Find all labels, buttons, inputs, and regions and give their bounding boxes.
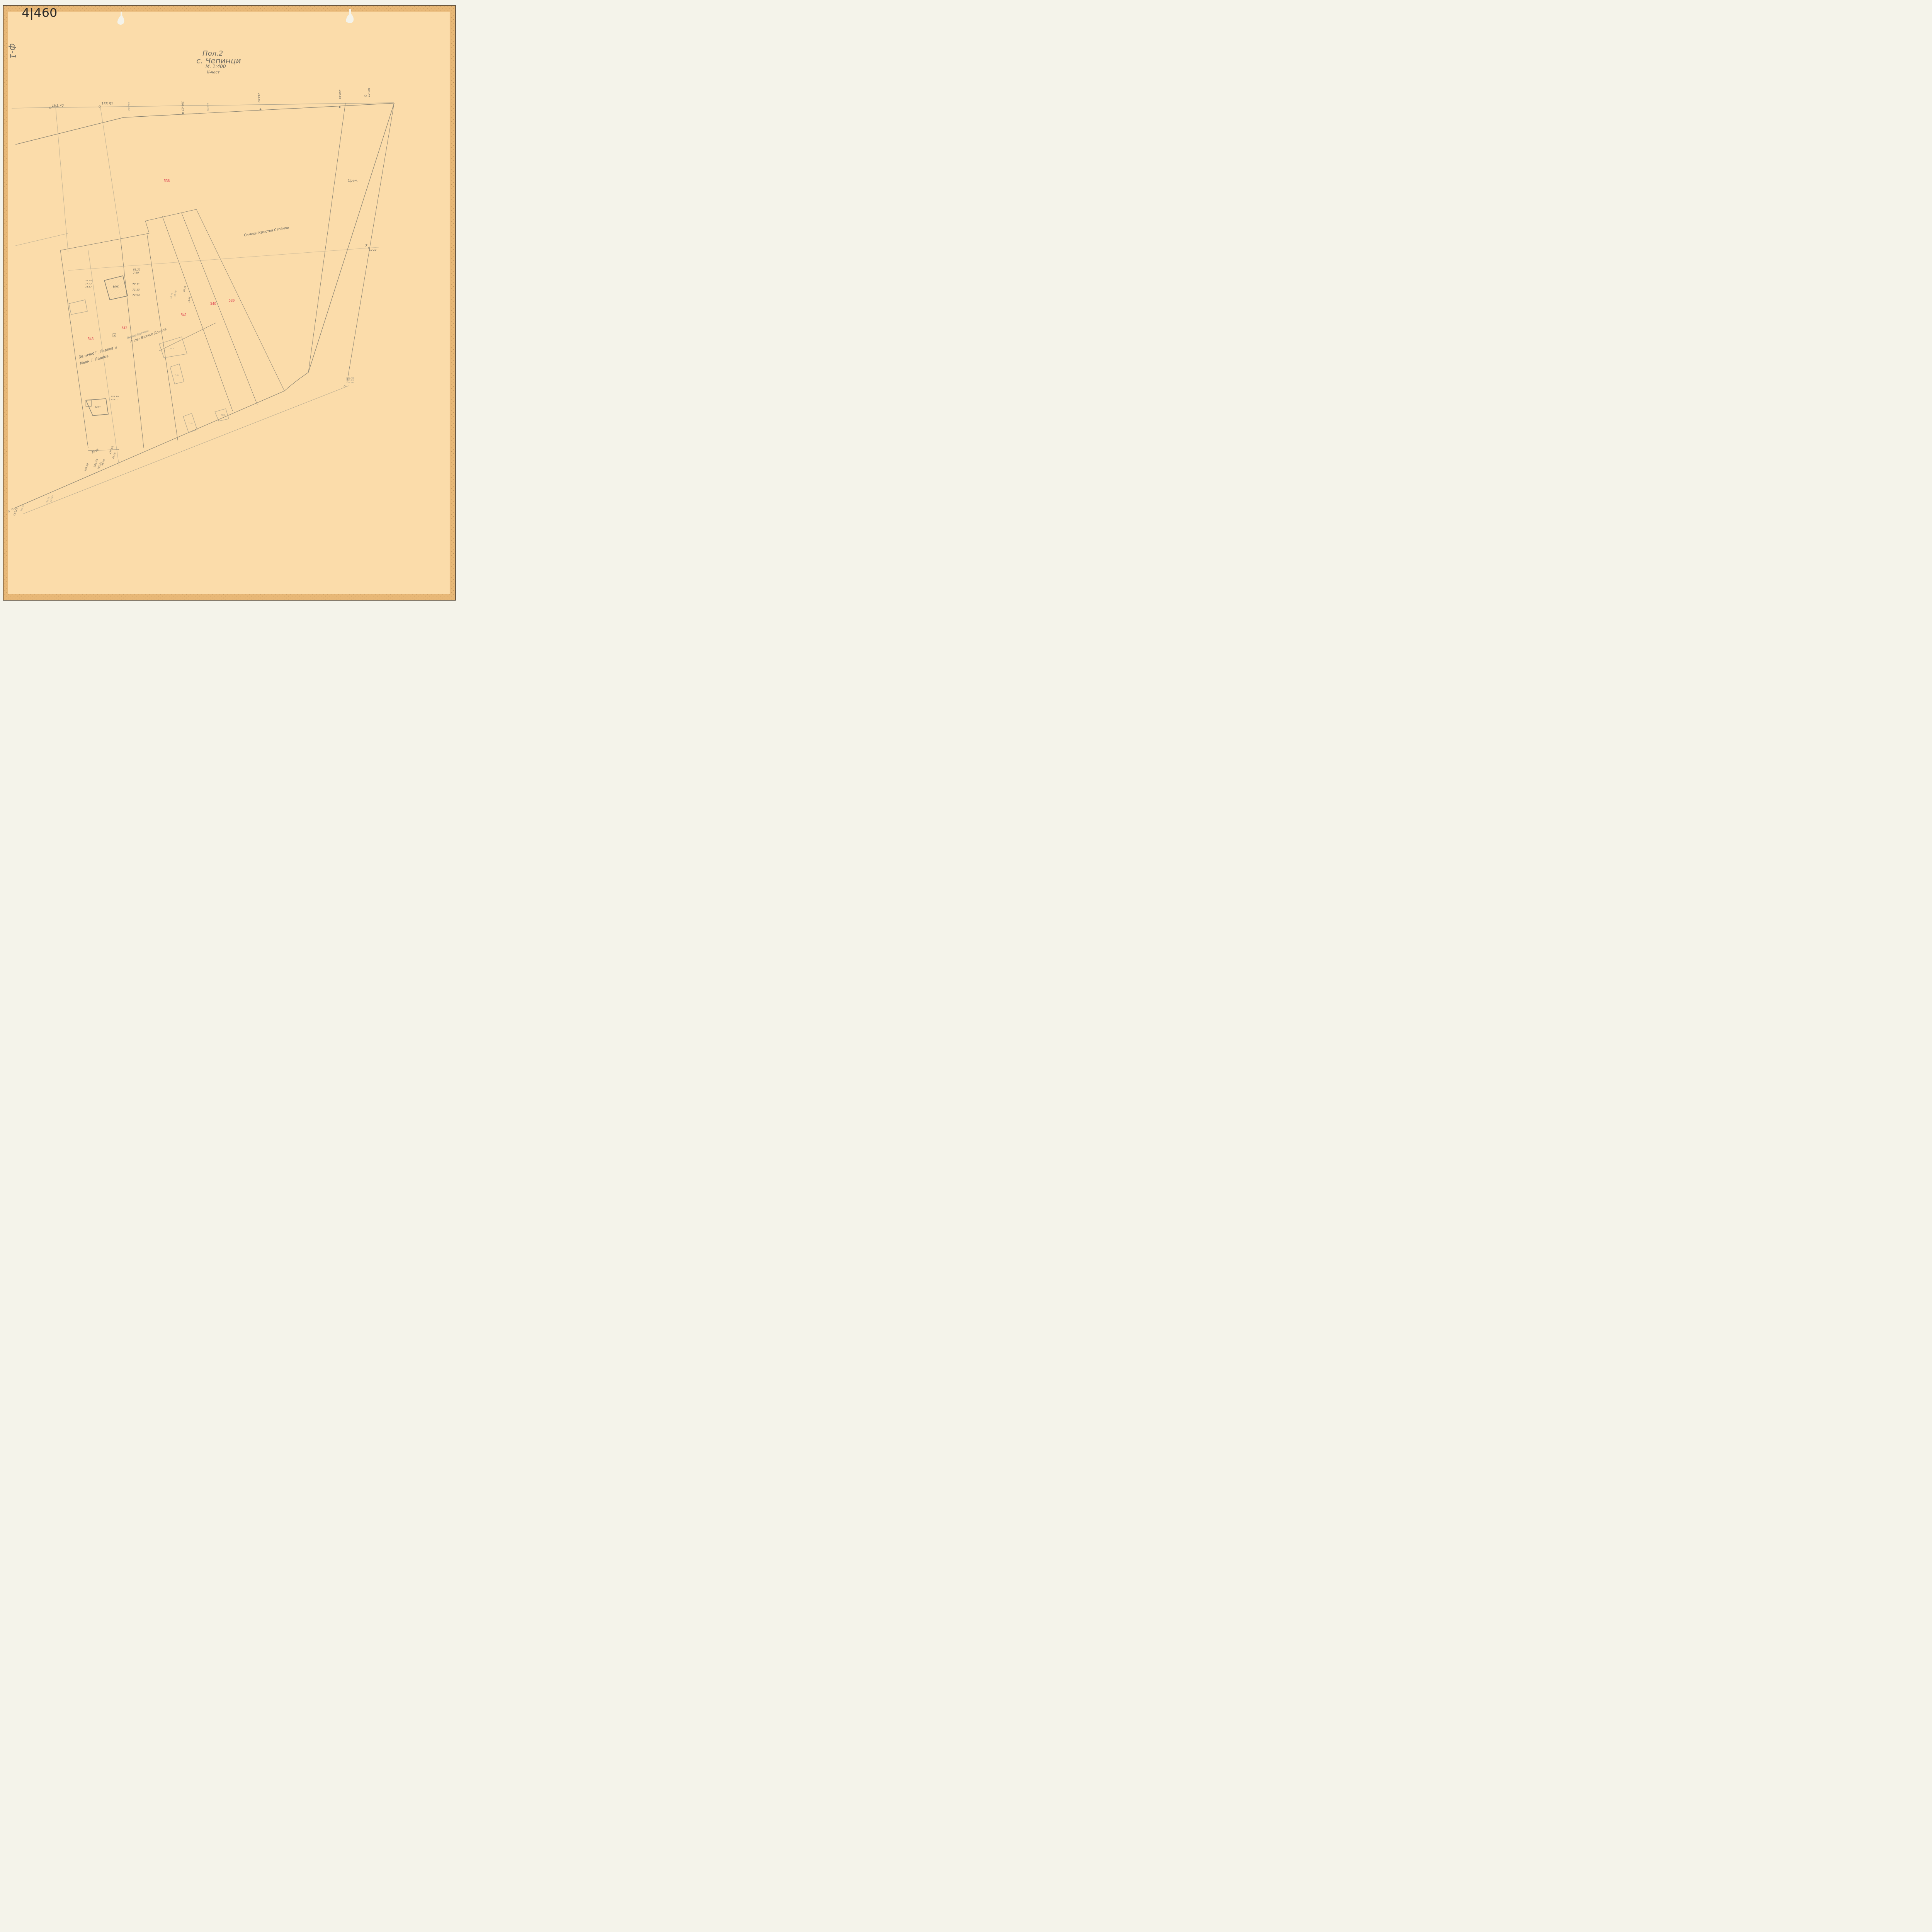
svg-text:161.70: 161.70	[52, 104, 64, 108]
svg-text:240.90: 240.90	[206, 103, 209, 111]
svg-text:155.51: 155.51	[101, 102, 113, 106]
svg-text:243.03: 243.03	[257, 93, 261, 103]
svg-text:81.22: 81.22	[133, 268, 140, 271]
svg-text:7: 7	[365, 244, 367, 248]
svg-text:77.31: 77.31	[132, 283, 139, 286]
svg-text:75.13: 75.13	[132, 288, 139, 291]
svg-text:П.С.: П.С.	[189, 422, 193, 424]
land-use-label: Орач.	[348, 179, 358, 183]
cadastral-map-sheet: 4|460 ф-1 Пол.2 с. Чепинци М. 1:400 II-ч…	[0, 0, 463, 605]
svg-text:К: К	[114, 335, 115, 337]
svg-text:78.57: 78.57	[85, 286, 92, 288]
svg-text:МЖ: МЖ	[95, 405, 100, 409]
svg-text:7.90: 7.90	[133, 271, 139, 274]
parcel-541[interactable]: 541	[181, 313, 187, 317]
svg-text:П.С.: П.С.	[175, 374, 179, 376]
svg-text:128.90: 128.90	[346, 382, 354, 384]
svg-text:77.72: 77.72	[85, 282, 92, 285]
side-note: ф-1	[8, 43, 17, 59]
svg-text:128.10: 128.10	[111, 395, 119, 398]
station-marker-icon	[260, 109, 262, 111]
title-part: II-част	[207, 70, 220, 75]
station-marker-icon	[339, 106, 341, 108]
parcel-538[interactable]: 538	[164, 179, 170, 183]
parcel-542[interactable]: 542	[121, 327, 127, 330]
parcel-539[interactable]: 539	[229, 299, 235, 303]
parcel-543[interactable]: 543	[88, 337, 94, 341]
map-canvas: 4|460 ф-1 Пол.2 с. Чепинци М. 1:400 II-ч…	[0, 0, 463, 605]
svg-text:209.07: 209.07	[181, 101, 184, 111]
svg-text:МЖ: МЖ	[113, 286, 119, 289]
svg-text:П.Н.: П.Н.	[170, 347, 175, 350]
svg-text:П.С.: П.С.	[221, 414, 226, 417]
svg-text:76.35: 76.35	[85, 279, 92, 282]
title-scale: М. 1:400	[206, 64, 226, 69]
station-marker-icon	[182, 112, 184, 114]
svg-text:67.63: 67.63	[369, 248, 376, 251]
svg-text:182.53: 182.53	[128, 102, 131, 111]
svg-text:72.94: 72.94	[132, 294, 139, 297]
svg-text:128.93: 128.93	[346, 379, 354, 382]
svg-text:280.85: 280.85	[338, 90, 342, 100]
svg-text:125.01: 125.01	[111, 398, 119, 401]
svg-text:127.48: 127.48	[346, 377, 354, 379]
svg-text:303.67: 303.67	[367, 87, 371, 97]
paper-surface	[8, 12, 450, 594]
sheet-reference: 4|460	[22, 5, 57, 20]
parcel-540[interactable]: 540	[210, 302, 216, 306]
